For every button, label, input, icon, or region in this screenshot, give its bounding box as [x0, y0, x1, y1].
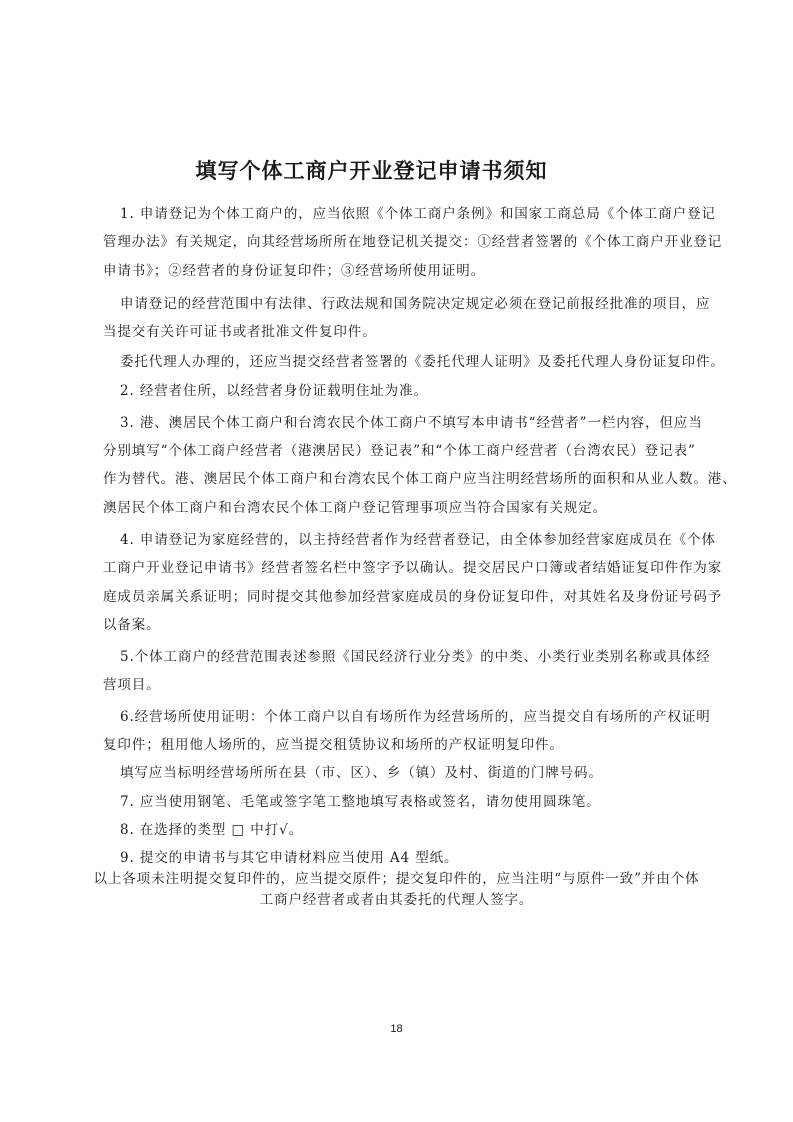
paragraph-line: 委托代理人办理的，还应当提交经营者签署的《委托代理人证明》及委托代理人身份证复印… [120, 353, 720, 371]
paragraph-line: 4. 申请登记为家庭经营的，以主持经营者作为经营者登记，由全体参加经营家庭成员在… [120, 531, 720, 549]
paragraph-line: 澳居民个体工商户和台湾农民个体工商户登记管理事项应当符合国家有关规定。 [103, 499, 703, 517]
paragraph-line: 申请登记的经营范围中有法律、行政法规和国务院决定规定必须在登记前报经批准的项目，… [120, 295, 720, 313]
paragraph-line: 复印件；租用他人场所的，应当提交租赁协议和场所的产权证明复印件。 [103, 736, 703, 754]
paragraph-line: 申请书》；②经营者的身份证复印件；③经营场所使用证明。 [103, 262, 703, 280]
paragraph-line: 8. 在选择的类型 □ 中打√。 [120, 821, 720, 839]
paragraph-line: 分别填写“个体工商户经营者（港澳居民）登记表”和“个体工商户经营者（台湾农民）登… [103, 442, 703, 460]
paragraph-line: 作为替代。港、澳居民个体工商户和台湾农民个体工商户应当注明经营场所的面积和从业人… [103, 470, 703, 488]
page-number: 18 [0, 1023, 793, 1035]
paragraph-line: 7. 应当使用钢笔、毛笔或签字笔工整地填写表格或签名，请勿使用圆珠笔。 [120, 793, 720, 811]
paragraph-line: 管理办法》有关规定，向其经营场所所在地登记机关提交：①经营者签署的《个体工商户开… [103, 233, 703, 251]
paragraph-line: 9. 提交的申请书与其它申请材料应当使用 A4 型纸。 [120, 849, 720, 867]
paragraph-line: 当提交有关许可证书或者批准文件复印件。 [103, 323, 703, 341]
paragraph-line: 1. 申请登记为个体工商户的，应当依照《个体工商户条例》和国家工商总局《个体工商… [120, 205, 720, 223]
paragraph-line: 5.个体工商户的经营范围表述参照《国民经济行业分类》的中类、小类行业类别名称或具… [120, 648, 720, 666]
paragraph-line: 以上各项未注明提交复印件的，应当提交原件；提交复印件的，应当注明“与原件一致”并… [0, 870, 793, 888]
paragraph-line: 工商户开业登记申请书》经营者签名栏中签字予以确认。提交居民户口簿或者结婚证复印件… [103, 559, 703, 577]
paragraph-line: 2. 经营者住所，以经营者身份证载明住址为准。 [120, 382, 720, 400]
paragraph-line: 以备案。 [103, 616, 703, 634]
paragraph-line: 3. 港、澳居民个体工商户和台湾农民个体工商户不填写本申请书“经营者”一栏内容，… [120, 414, 720, 432]
page-title: 填写个体工商户开业登记申请书须知 [0, 155, 793, 185]
paragraph-line: 填写应当标明经营场所所在县（市、区）、乡（镇）及村、街道的门牌号码。 [120, 764, 720, 782]
paragraph-line: 工商户经营者或者由其委托的代理人签字。 [0, 891, 793, 909]
paragraph-line: 营项目。 [103, 676, 703, 694]
paragraph-line: 6.经营场所使用证明：个体工商户以自有场所作为经营场所的，应当提交自有场所的产权… [120, 708, 720, 726]
paragraph-line: 庭成员亲属关系证明；同时提交其他参加经营家庭成员的身份证复印件，对其姓名及身份证… [103, 588, 703, 606]
